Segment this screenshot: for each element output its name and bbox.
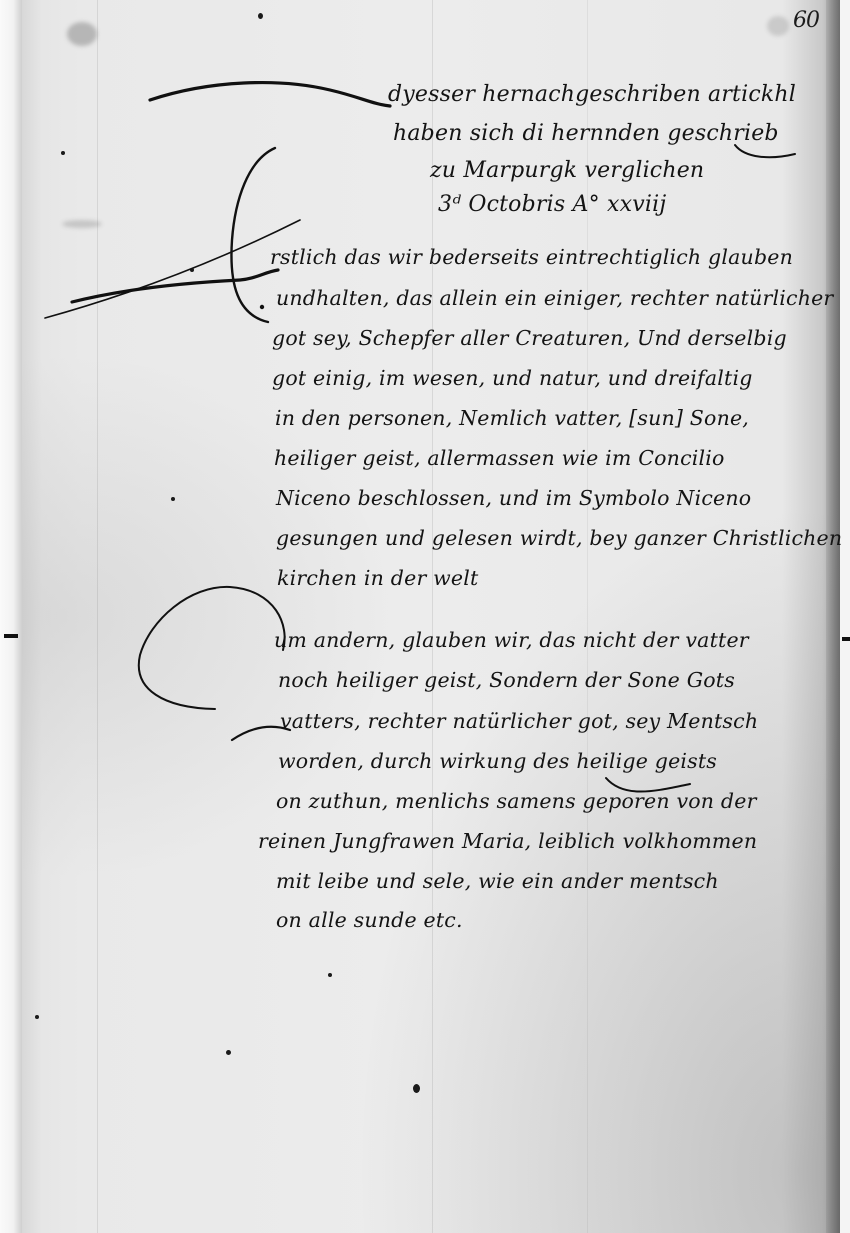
- page-ruling: [97, 0, 98, 1233]
- ink-speck: [171, 497, 175, 501]
- ink-speck: [190, 268, 194, 272]
- heading-line: 3ᵈ Octobris A° xxviij: [438, 192, 666, 217]
- article-2-line: um andern, glauben wir, das nicht der va…: [274, 628, 749, 652]
- article-2-line: reinen Jungfrawen Maria, leiblich volkho…: [258, 829, 757, 853]
- margin-tick-left: [4, 634, 18, 638]
- ink-speck: [413, 1084, 420, 1093]
- stain: [62, 220, 102, 228]
- article-2-line: mit leibe und sele, wie ein ander mentsc…: [276, 869, 719, 893]
- stain: [67, 22, 97, 46]
- ink-speck: [35, 1015, 39, 1019]
- ink-speck: [61, 151, 65, 155]
- scan-border: [0, 0, 22, 1233]
- article-1-line: in den personen, Nemlich vatter, [sun] S…: [275, 406, 749, 430]
- page-right-edge: [826, 0, 840, 1233]
- ink-speck: [258, 13, 263, 19]
- article-2-line: on alle sunde etc.: [276, 908, 463, 932]
- manuscript-page: [22, 0, 840, 1233]
- page-ruling: [587, 0, 588, 1233]
- article-1-line: got einig, im wesen, und natur, und drei…: [272, 366, 753, 390]
- article-1-line: gesungen und gelesen wirdt, bey ganzer C…: [276, 526, 842, 550]
- article-1-line: heiliger geist, allermassen wie im Conci…: [274, 446, 725, 470]
- stain: [767, 16, 789, 36]
- folio-number: 60: [793, 8, 819, 33]
- margin-tick-right: [842, 637, 850, 641]
- ink-speck: [226, 1050, 231, 1055]
- article-2-line: noch heiliger geist, Sondern der Sone Go…: [278, 668, 735, 692]
- heading-line: haben sich di hernnden geschrieb: [393, 121, 779, 146]
- ink-speck: [328, 973, 332, 977]
- heading-line: dyesser hernachgeschriben artickhl: [388, 82, 796, 107]
- article-2-line: vatters, rechter natürlicher got, sey Me…: [280, 709, 758, 733]
- article-1-line: undhalten, das allein ein einiger, recht…: [276, 286, 833, 310]
- article-1-line: rstlich das wir bederseits eintrechtigli…: [270, 245, 793, 269]
- manuscript-scan: 60 dyesser hernachgeschriben artickhl ha…: [0, 0, 850, 1233]
- article-2-line: worden, durch wirkung des heilige geists: [278, 749, 717, 773]
- article-1-line: got sey, Schepfer aller Creaturen, Und d…: [272, 326, 787, 350]
- heading-line: zu Marpurgk verglichen: [430, 158, 704, 183]
- page-fold: [432, 0, 433, 1233]
- article-1-line: kirchen in der welt: [277, 566, 478, 590]
- article-1-line: Niceno beschlossen, und im Symbolo Nicen…: [276, 486, 751, 510]
- article-2-line: on zuthun, menlichs samens geporen von d…: [276, 789, 757, 813]
